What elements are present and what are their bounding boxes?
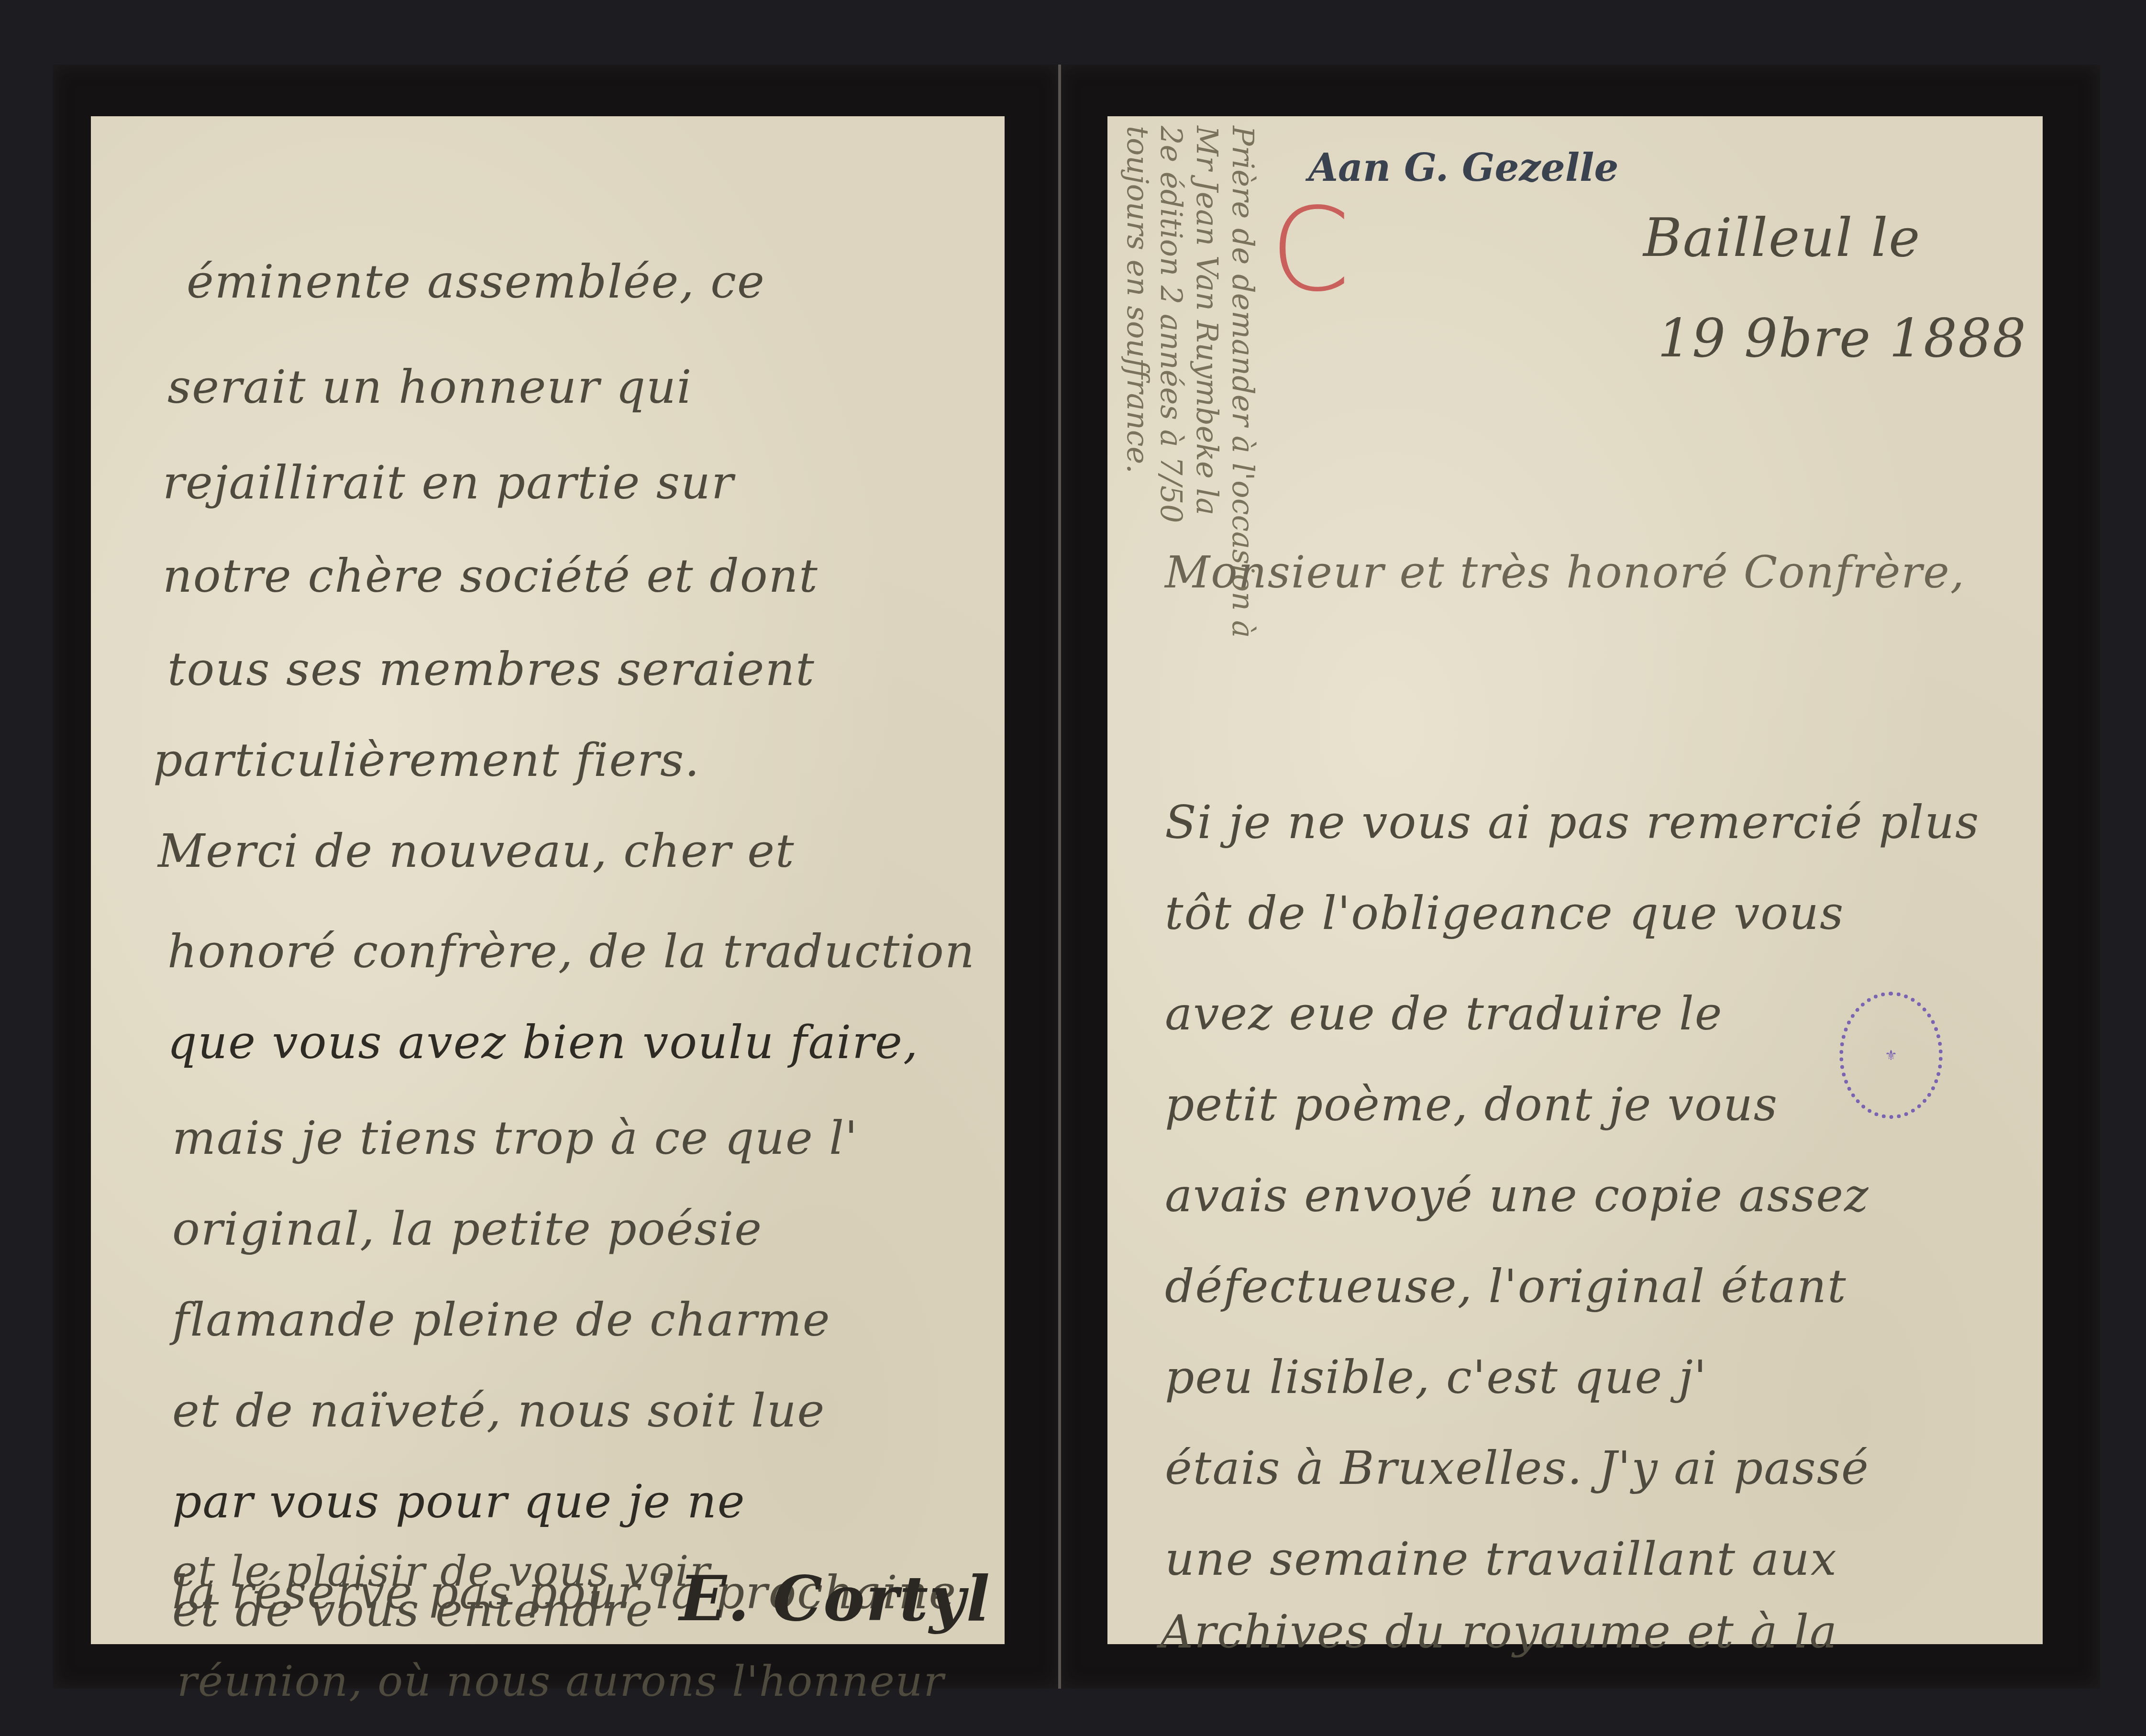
right-line-9: une semaine travaillant aux (1165, 1532, 1837, 1586)
left-line-10: mais je tiens trop à ce que l' (172, 1111, 858, 1165)
right-line-4: petit poème, dont je vous (1165, 1078, 1778, 1131)
left-line-5: tous ses membres seraient (167, 642, 815, 696)
left-line-13: et de naïveté, nous soit lue (172, 1384, 825, 1437)
left-line-4: notre chère société et dont (163, 549, 819, 603)
left-line-16: réunion, où nous aurons l'honneur (177, 1657, 945, 1706)
right-line-7: peu lisible, c'est que j' (1165, 1350, 1707, 1404)
red-crayon-mark: C (1270, 183, 1350, 317)
signature: E. Cortyl (679, 1562, 991, 1635)
left-line-9: que vous avez bien voulu faire, (167, 1016, 919, 1069)
left-line-8: honoré confrère, de la traduction (167, 925, 975, 978)
right-line-2: tôt de l'obligeance que vous (1165, 886, 1844, 940)
left-line-3: rejaillirait en partie sur (163, 456, 734, 509)
left-line-6: particulièrement fiers. (153, 733, 700, 787)
right-line-6: défectueuse, l'original étant (1165, 1260, 1847, 1313)
right-line-10-abs: Archives du royaume et à la (1160, 1605, 1838, 1659)
stamp-emblem-icon: ⚜ (1885, 1047, 1898, 1064)
left-line-7: Merci de nouveau, cher et (158, 824, 795, 878)
margin-note-line-4: toujours en souffrance. (1120, 126, 1155, 474)
left-line-2: serait un honneur qui (167, 360, 692, 414)
left-line-14: par vous pour que je ne (172, 1475, 746, 1528)
left-line-1: éminente assemblée, ce (187, 255, 765, 309)
left-line-11: original, la petite poésie (172, 1202, 763, 1256)
salutation: Monsieur et très honoré Confrère, (1165, 547, 1965, 598)
left-line-12: flamande pleine de charme (172, 1293, 831, 1347)
date: 19 9bre 1888 (1658, 308, 2027, 369)
margin-note-line-2: Mr Jean Van Ruymbeke la (1190, 126, 1225, 515)
right-line-8: étais à Bruxelles. J'y ai passé (1165, 1441, 1869, 1495)
center-fold (1058, 65, 1061, 1689)
right-line-3: avez eue de traduire le (1165, 987, 1723, 1040)
place: Bailleul le (1643, 207, 1921, 268)
archive-reference: Aan G. Gezelle (1308, 145, 1618, 190)
margin-note-line-3: 2e édition 2 années à 7/50 (1154, 126, 1189, 523)
archive-stamp: ⚜ (1839, 992, 1943, 1119)
right-line-1: Si je ne vous ai pas remercié plus (1165, 796, 1980, 849)
right-line-5: avais envoyé une copie assez (1165, 1169, 1869, 1222)
left-page: éminente assemblée, ce serait un honneur… (91, 116, 1005, 1644)
right-page: Aan G. Gezelle C Prière de demander à l'… (1107, 116, 2043, 1644)
left-line-18: et de vous entendre (172, 1583, 653, 1637)
